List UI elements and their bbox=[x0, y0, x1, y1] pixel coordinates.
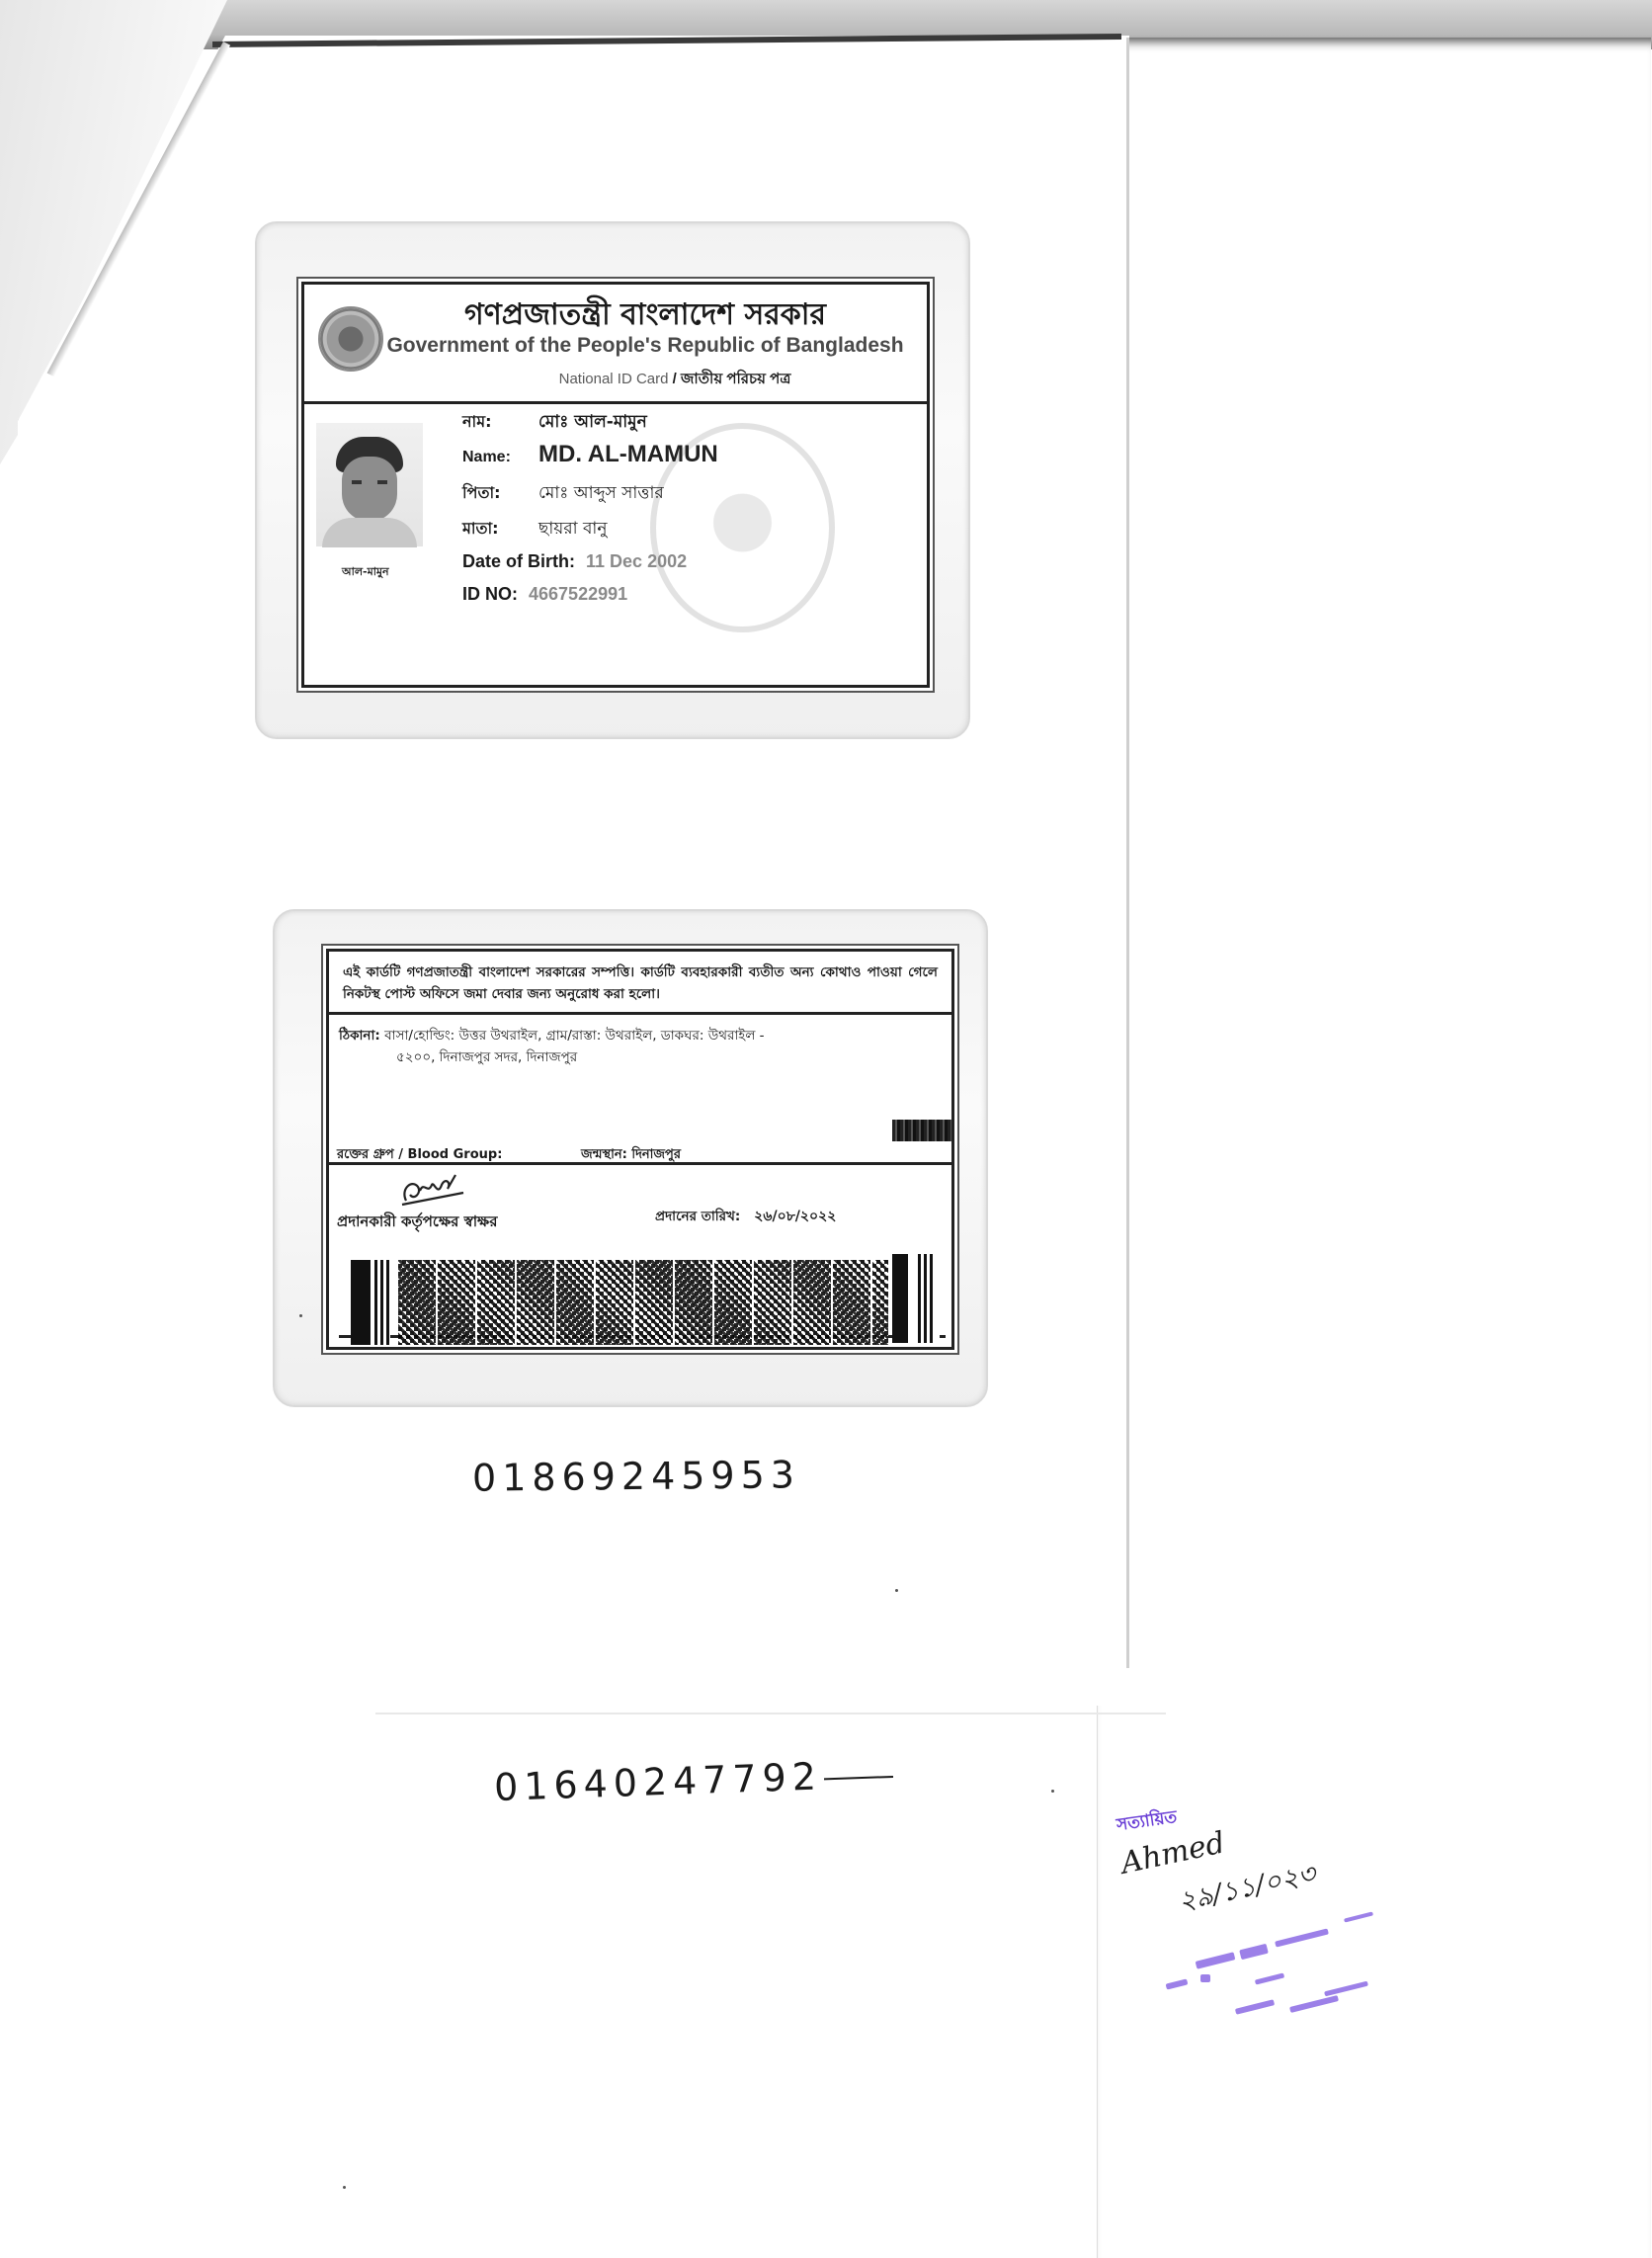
attestation-stamp: সত্যায়িত Ahmed ২৯/১১/০২৩ bbox=[1107, 1808, 1403, 2036]
authority-signature-icon bbox=[398, 1171, 467, 1209]
id-number: 4667522991 bbox=[529, 584, 627, 604]
card-header: গণপ্রজাতন্ত্রী বাংলাদেশ সরকার Government… bbox=[304, 285, 927, 404]
name-english-label: Name: bbox=[462, 449, 534, 466]
father-label: পিতা: bbox=[462, 480, 534, 507]
handwritten-phone-1: 01869245953 bbox=[472, 1453, 800, 1499]
address-label: ঠিকানা: bbox=[339, 1028, 380, 1044]
header-english: Government of the People's Republic of B… bbox=[304, 334, 927, 358]
mother-name: ছায়রা বানু bbox=[538, 519, 607, 539]
blood-birthplace-row: রক্তের গ্রুপ / Blood Group: জন্মস্থান: দ… bbox=[329, 1141, 951, 1165]
ownership-notice: এই কার্ডটি গণপ্রজাতন্ত্রী বাংলাদেশ সরকার… bbox=[329, 952, 951, 1015]
date-of-birth: 11 Dec 2002 bbox=[586, 551, 687, 571]
small-code-mark bbox=[892, 1120, 951, 1141]
scan-speck bbox=[895, 1589, 898, 1592]
nid-front-card: গণপ্রজাতন্ত্রী বাংলাদেশ সরকার Government… bbox=[301, 282, 930, 688]
issue-date-row: প্রদানের তারিখ:২৬/০৮/২০২২ bbox=[655, 1205, 836, 1228]
holder-photo bbox=[316, 423, 423, 546]
birthplace-label: জন্মস্থান: bbox=[581, 1147, 627, 1162]
id-label: ID NO: bbox=[462, 584, 518, 605]
dob-label: Date of Birth: bbox=[462, 551, 575, 572]
issue-date-label: প্রদানের তারিখ: bbox=[655, 1209, 740, 1224]
name-english-row: Name: MD. AL-MAMUN bbox=[462, 441, 718, 468]
handwritten-phone-2: 01640247792 bbox=[493, 1752, 893, 1809]
card-type: National ID Card / জাতীয় পরিচয় পত্র bbox=[304, 368, 927, 392]
card-type-separator: / bbox=[669, 371, 682, 387]
birthplace-value: দিনাজপুর bbox=[631, 1147, 681, 1162]
birthplace: জন্মস্থান: দিনাজপুর bbox=[581, 1145, 681, 1166]
dob-row: Date of Birth: 11 Dec 2002 bbox=[462, 551, 687, 572]
name-bangla-row: নাম: মোঃ আল-মামুন bbox=[462, 409, 647, 437]
card-type-bangla: জাতীয় পরিচয় পত্র bbox=[681, 371, 790, 387]
father-row: পিতা: মোঃ আব্দুস সাত্তার bbox=[462, 480, 664, 508]
address-line-2: ৫২০০, দিনাজপুর সদর, দিনাজপুর bbox=[339, 1046, 942, 1068]
pdf417-barcode bbox=[339, 1238, 946, 1338]
name-english: MD. AL-MAMUN bbox=[538, 441, 718, 467]
scan-speck bbox=[299, 1314, 302, 1317]
mother-row: মাতা: ছায়রা বানু bbox=[462, 516, 608, 544]
blood-group-label: রক্তের গ্রুপ / Blood Group: bbox=[337, 1145, 502, 1166]
front-sheet-right-edge bbox=[1126, 38, 1129, 1668]
sheet-overlap-line bbox=[375, 1713, 1166, 1714]
father-name: মোঃ আব্দুস সাত্তার bbox=[538, 483, 664, 503]
id-row: ID NO: 4667522991 bbox=[462, 584, 627, 605]
name-bangla-label: নাম: bbox=[462, 409, 534, 436]
address-block: ঠিকানা: বাসা/হোল্ডিং: উত্তর উথরাইল, গ্রা… bbox=[329, 1019, 951, 1137]
name-bangla: মোঃ আল-মামুন bbox=[538, 412, 647, 432]
scan-speck bbox=[343, 2186, 346, 2189]
handwritten-phone-2-text: 01640247792 bbox=[493, 1754, 822, 1809]
attestation-heading: সত্যায়িত bbox=[1115, 1804, 1179, 1840]
address-line-1: বাসা/হোল্ডিং: উত্তর উথরাইল, গ্রাম/রাস্তা… bbox=[384, 1028, 764, 1044]
issue-date: ২৬/০৮/২০২২ bbox=[754, 1209, 836, 1224]
authority-signature-label: প্রদানকারী কর্তৃপক্ষের স্বাক্ষর bbox=[337, 1211, 497, 1235]
holder-signature: আল-মামুন bbox=[342, 563, 389, 582]
scan-speck bbox=[1051, 1790, 1054, 1793]
mother-label: মাতা: bbox=[462, 516, 534, 543]
card-type-english: National ID Card bbox=[559, 371, 669, 387]
nid-back-card: এই কার্ডটি গণপ্রজাতন্ত্রী বাংলাদেশ সরকার… bbox=[326, 949, 954, 1350]
